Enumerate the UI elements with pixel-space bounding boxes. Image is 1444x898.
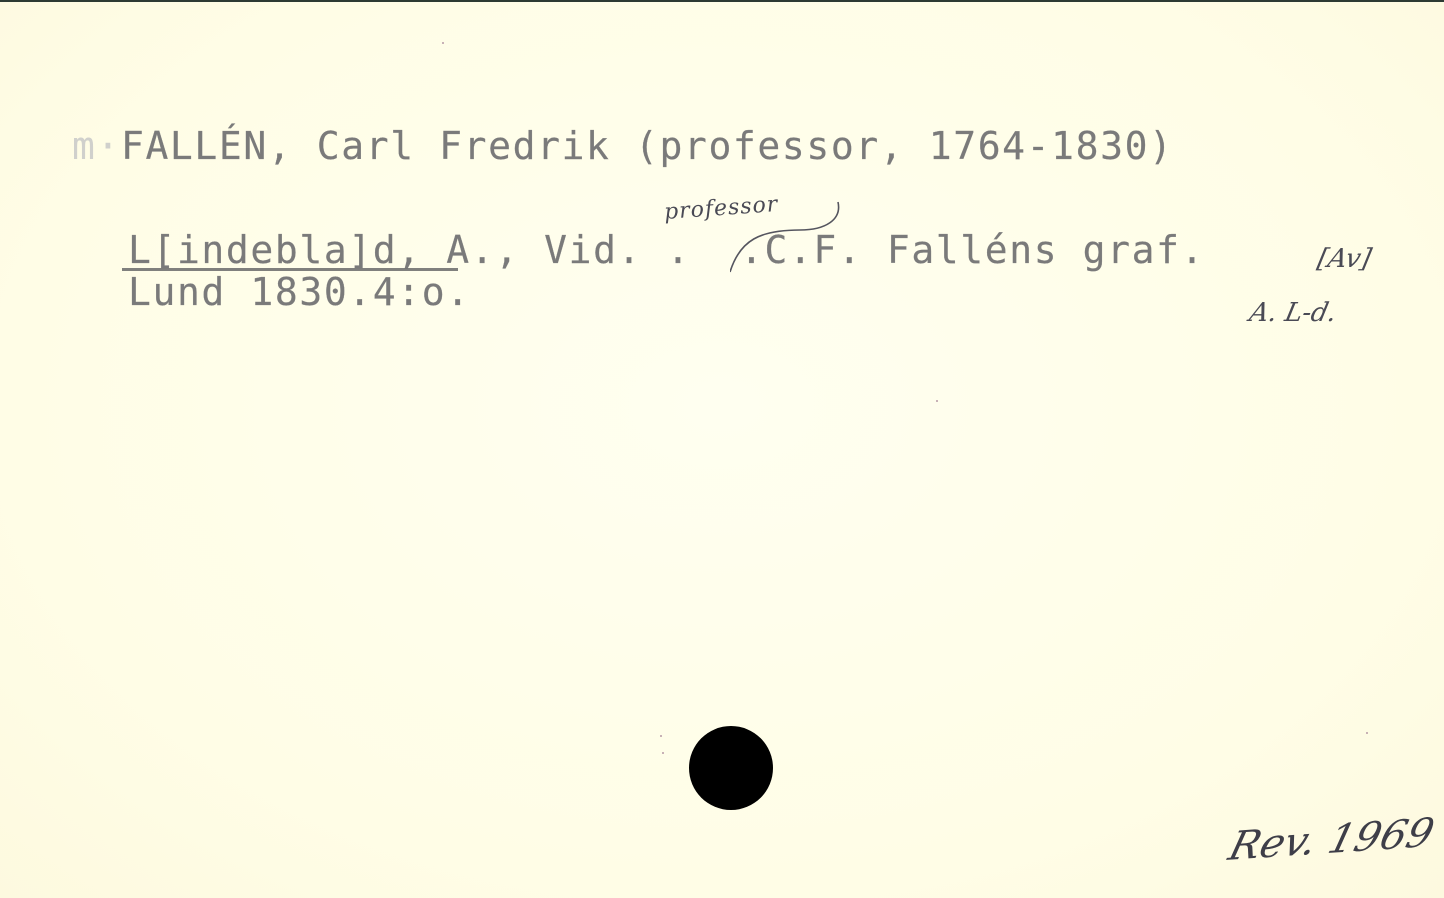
title-line: L[indebla]d, A., Vid. . .C.F. Falléns gr… — [128, 228, 1205, 272]
speck — [662, 752, 664, 754]
speck — [660, 735, 662, 737]
speck — [1366, 732, 1368, 734]
heading-qualifier: (professor, 1764-1830) — [635, 124, 1174, 168]
speck — [442, 42, 444, 44]
heading-name: FALLÉN, Carl Fredrik — [121, 124, 611, 168]
title-start: , A., Vid — [397, 228, 617, 272]
speck — [936, 400, 938, 402]
handwritten-author-note: A. L-d. — [1247, 298, 1340, 328]
heading-line: m·FALLÉN, Carl Fredrik (professor, 1764-… — [72, 124, 1174, 168]
punch-hole — [689, 726, 773, 810]
insertion-caret — [730, 200, 850, 280]
imprint-line: Lund 1830.4:o. — [128, 270, 471, 314]
catalog-card: m·FALLÉN, Carl Fredrik (professor, 1764-… — [0, 0, 1444, 898]
handwritten-revision: Rev. 1969 — [1224, 810, 1439, 870]
title-end: . . .C.F. Falléns graf. — [618, 228, 1205, 272]
handwritten-bracket-note: [Av] — [1315, 244, 1374, 274]
author-name: L[indebla]d — [128, 228, 397, 272]
heading-prefix: m· — [72, 124, 121, 168]
